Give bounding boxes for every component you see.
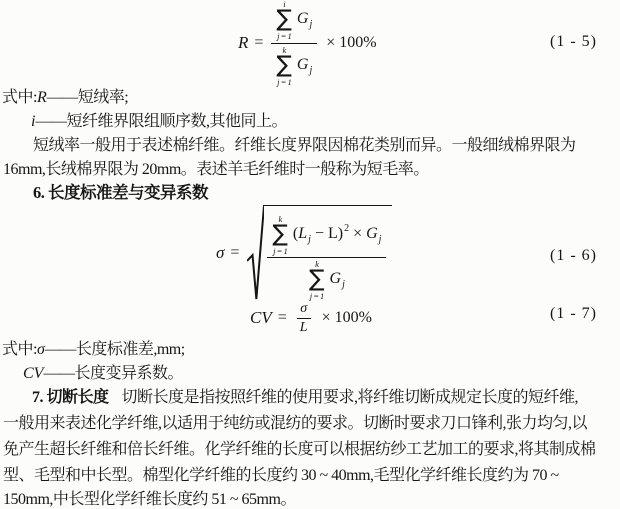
math-var-sigma: σ — [216, 243, 224, 263]
sigma-glyph: ∑ — [272, 224, 288, 246]
equals-sign: = — [278, 309, 287, 327]
square-root: k ∑ j = 1 (Lj − L)2 × Gj k ∑ j = 1 — [247, 205, 392, 301]
fraction-denominator: k ∑ j = 1 Gj — [304, 259, 350, 301]
sigma-glyph: ∑ — [309, 269, 325, 291]
equals-sign: = — [254, 34, 263, 52]
body-line: 免产生超长纤维和倍长纤维。化学纤维的长度可以根据纺纱工艺加工的要求,将其制成棉 — [3, 440, 596, 460]
body-line: 一般用来表述化学纤维,以适用于纯纺或混纺的要求。切断时要求刀口锋利,张力均匀,以 — [3, 414, 587, 434]
sigma-glyph: ∑ — [276, 9, 292, 31]
fraction-numerator: i ∑ j = 1 Gj — [271, 0, 317, 42]
math-var-sigma: σ — [37, 341, 45, 358]
minus-sign: − — [315, 225, 324, 242]
math-var-R: R — [37, 89, 47, 106]
where-clause-line: CV——长度变异系数。 — [23, 364, 183, 384]
times-100-percent: × 100% — [322, 309, 372, 327]
fraction-numerator: k ∑ j = 1 (Lj − L)2 × Gj — [267, 214, 386, 256]
math-var-CV: CV — [250, 308, 272, 328]
superscript-2: 2 — [344, 223, 349, 234]
math-var-G: G — [297, 56, 309, 73]
subscript-j: j — [309, 19, 312, 30]
formula-cv: CV = σ L × 100% — [250, 299, 372, 337]
summation-symbol: k ∑ j = 1 — [276, 45, 292, 87]
fraction-denominator: L — [297, 320, 311, 335]
where-clause-line: 式中:R——短绒率; — [2, 88, 128, 108]
subscript-j: j — [309, 65, 312, 76]
body-line: 16mm,长绒棉界限为 20mm。表述羊毛纤维时一般称为短毛率。 — [3, 160, 429, 180]
fraction: σ L — [297, 301, 311, 335]
where-prefix: 式中: — [2, 89, 37, 106]
body-line: 短绒率一般用于表述棉纤维。纤维长度界限因棉花类别而异。一般细绒棉界限为 — [33, 136, 576, 156]
sigma-glyph: ∑ — [276, 55, 292, 77]
deviation-expression: (Lj − L)2 × Gj — [293, 224, 382, 245]
document-page: R = i ∑ j = 1 Gj k ∑ j = 1 Gj × 100 — [0, 0, 620, 509]
sum-lower-limit: j = 1 — [277, 77, 291, 87]
definition-text: ——短绒率; — [47, 89, 128, 106]
summation-symbol: k ∑ j = 1 — [309, 259, 325, 301]
math-var-CV: CV — [23, 365, 43, 382]
subscript-j: j — [379, 234, 382, 245]
equation-number-1-7: (1 - 7) — [550, 305, 597, 323]
math-var-R: R — [238, 33, 248, 53]
math-var-L: L — [298, 225, 307, 242]
fraction-bar — [297, 318, 311, 319]
formula-std-deviation: σ = k ∑ j = 1 (Lj − L)2 × Gj — [216, 208, 392, 298]
math-var-G: G — [297, 10, 309, 27]
fraction-denominator: k ∑ j = 1 Gj — [271, 45, 317, 87]
radical-sign-icon — [247, 205, 264, 301]
formula-short-fiber-rate: R = i ∑ j = 1 Gj k ∑ j = 1 Gj × 100 — [238, 2, 377, 84]
definition-text: ——长度标准差,mm; — [45, 341, 185, 358]
fraction: k ∑ j = 1 (Lj − L)2 × Gj k ∑ j = 1 — [267, 214, 386, 301]
where-clause-line: 式中:σ——长度标准差,mm; — [2, 340, 185, 360]
math-var-G: G — [366, 225, 378, 242]
body-line: 型、毛型和中长型。棉型化学纤维的长度约 30 ~ 40mm,毛型化学纤维长度约为… — [3, 466, 559, 486]
where-prefix: 式中: — [2, 341, 37, 358]
body-line: 7. 切断长度切断长度是指按照纤维的使用要求,将纤维切断成规定长度的短纤维, — [32, 388, 578, 408]
definition-text: ——长度变异系数。 — [43, 365, 183, 382]
fraction: i ∑ j = 1 Gj k ∑ j = 1 Gj — [271, 0, 317, 87]
summation-symbol: i ∑ j = 1 — [276, 0, 292, 42]
math-var-G: G — [330, 270, 342, 287]
inline-heading-7: 7. 切断长度 — [32, 389, 109, 406]
fraction-numerator: σ — [297, 301, 310, 316]
times-sign: × — [353, 225, 362, 242]
fraction-bar — [271, 43, 317, 44]
equation-number-1-5: (1 - 5) — [550, 33, 597, 51]
body-text: 切断长度是指按照纤维的使用要求,将纤维切断成规定长度的短纤维, — [122, 389, 579, 406]
body-line: 150mm,中长型化学纤维长度约 51 ~ 65mm。 — [3, 490, 296, 509]
fraction-bar — [267, 257, 386, 258]
summation-symbol: k ∑ j = 1 — [272, 214, 288, 256]
sum-lower-limit: j = 1 — [277, 31, 291, 41]
definition-text: ——短纤维界限组顺序数,其他同上。 — [35, 113, 287, 130]
math-mean-L: L — [328, 225, 338, 242]
equation-number-1-6: (1 - 6) — [550, 247, 597, 265]
where-clause-line: i——短纤维界限组顺序数,其他同上。 — [31, 112, 287, 132]
subscript-j: j — [342, 279, 345, 290]
times-100-percent: × 100% — [326, 34, 376, 52]
subscript-j: j — [308, 234, 311, 245]
equals-sign: = — [230, 244, 239, 262]
section-heading-6: 6. 长度标准差与变异系数 — [33, 183, 208, 203]
sum-lower-limit: j = 1 — [273, 246, 287, 256]
